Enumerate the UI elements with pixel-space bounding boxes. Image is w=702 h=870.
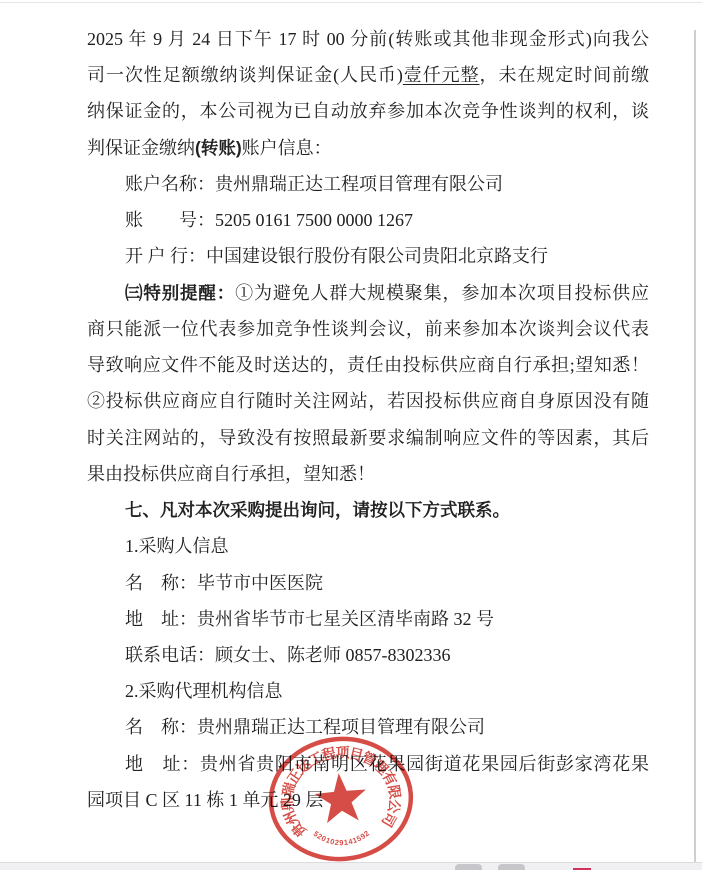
text-line: ②投标供应商应自行随时关注网站，若因投标供应商自身原因没有随 [87, 383, 649, 419]
text-segment: ②投标供应商应自行随时关注网站，若因投标供应商自身原因没有随 [87, 391, 649, 411]
text-segment: 2.采购代理机构信息 [125, 681, 283, 701]
text-segment: 时关注网站的，导致没有按照最新要求编制响应文件的等因素，其后 [87, 428, 649, 448]
text-segment: ①为避免人群大规模聚集，参加本次项目投标供应 [235, 283, 649, 303]
text-segment: 开 户 行：中国建设银行股份有限公司贵阳北京路支行 [125, 246, 548, 266]
text-line: ㈢特别提醒：①为避免人群大规模聚集，参加本次项目投标供应 [87, 275, 649, 311]
text-segment: 1.采购人信息 [125, 536, 229, 556]
text-line: 名 称：贵州鼎瑞正达工程项目管理有限公司 [87, 709, 649, 745]
text-segment: (转账) [195, 138, 242, 158]
text-line: 地 址：贵州省贵阳市南明区花果园街道花果园后街彭家湾花果 [87, 746, 649, 782]
text-line: 账 号：5205 0161 7500 0000 1267 [87, 202, 649, 238]
text-segment: 名 称：贵州鼎瑞正达工程项目管理有限公司 [125, 717, 485, 737]
text-segment: 名 称：毕节市中医医院 [125, 573, 323, 593]
text-segment: 导致响应文件不能及时送达的，责任由投标供应商自行承担;望知悉！ [87, 355, 649, 375]
text-segment: 账户名称：贵州鼎瑞正达工程项目管理有限公司 [125, 174, 503, 194]
taskbar-item[interactable] [498, 864, 525, 870]
text-segment: 判保证金缴纳 [87, 138, 195, 158]
text-line: 司一次性足额缴纳谈判保证金(人民币)壹仟元整，未在规定时间前缴 [87, 57, 649, 93]
text-line: 1.采购人信息 [87, 528, 649, 564]
text-segment: 纳保证金的，本公司视为已自动放弃参加本次竞争性谈判的权利，谈 [87, 101, 649, 121]
text-segment: 账户信息： [242, 138, 332, 158]
text-line: 导致响应文件不能及时送达的，责任由投标供应商自行承担;望知悉！ [87, 347, 649, 383]
taskbar-item[interactable] [455, 864, 482, 870]
document-text: 2025 年 9 月 24 日下午 17 时 00 分前(转账或其他非现金形式)… [87, 21, 649, 818]
text-line: 地 址：贵州省毕节市七星关区清毕南路 32 号 [87, 601, 649, 637]
text-segment: ㈢特别提醒： [125, 283, 235, 303]
text-line: 开 户 行：中国建设银行股份有限公司贵阳北京路支行 [87, 238, 649, 274]
bottom-bar [0, 862, 702, 870]
text-line: 2.采购代理机构信息 [87, 673, 649, 709]
text-segment: 2025 年 9 月 24 日下午 17 时 00 分前(转账或其他非现金形式)… [87, 29, 649, 49]
text-segment: 账 号：5205 0161 7500 0000 1267 [125, 210, 413, 230]
text-segment: 七、凡对本次采购提出询问，请按以下方式联系。 [125, 500, 510, 520]
text-segment: ，未在规定时间前缴 [480, 65, 649, 85]
text-line: 账户名称：贵州鼎瑞正达工程项目管理有限公司 [87, 166, 649, 202]
text-line: 果由投标供应商自行承担，望知悉！ [87, 456, 649, 492]
text-line: 园项目 C 区 11 栋 1 单元 29 层 [87, 782, 649, 818]
text-segment: 地 址：贵州省贵阳市南明区花果园街道花果园后街彭家湾花果 [125, 754, 649, 774]
page-top-border [0, 2, 702, 3]
text-segment: 商只能派一位代表参加竞争性谈判会议，前来参加本次谈判会议代表 [87, 319, 649, 339]
text-line: 时关注网站的，导致没有按照最新要求编制响应文件的等因素，其后 [87, 420, 649, 456]
document-page: 2025 年 9 月 24 日下午 17 时 00 分前(转账或其他非现金形式)… [0, 0, 702, 870]
text-segment: 园项目 C 区 11 栋 1 单元 29 层 [87, 790, 323, 810]
text-line: 联系电话：顾女士、陈老师 0857-8302336 [87, 637, 649, 673]
page-right-edge [694, 30, 696, 866]
text-segment: 联系电话：顾女士、陈老师 0857-8302336 [125, 645, 451, 665]
text-line: 2025 年 9 月 24 日下午 17 时 00 分前(转账或其他非现金形式)… [87, 21, 649, 57]
text-line: 名 称：毕节市中医医院 [87, 565, 649, 601]
text-line: 七、凡对本次采购提出询问，请按以下方式联系。 [87, 492, 649, 528]
text-segment: 地 址：贵州省毕节市七星关区清毕南路 32 号 [125, 609, 494, 629]
text-line: 纳保证金的，本公司视为已自动放弃参加本次竞争性谈判的权利，谈 [87, 93, 649, 129]
seal-number-arc-text: 5201029141592 [311, 824, 372, 849]
text-line: 商只能派一位代表参加竞争性谈判会议，前来参加本次谈判会议代表 [87, 311, 649, 347]
text-line: 判保证金缴纳(转账)账户信息： [87, 130, 649, 166]
text-segment: 壹仟元整 [403, 65, 480, 85]
text-segment: 司一次性足额缴纳谈判保证金(人民币) [87, 65, 403, 85]
text-segment: 果由投标供应商自行承担，望知悉！ [87, 464, 375, 484]
